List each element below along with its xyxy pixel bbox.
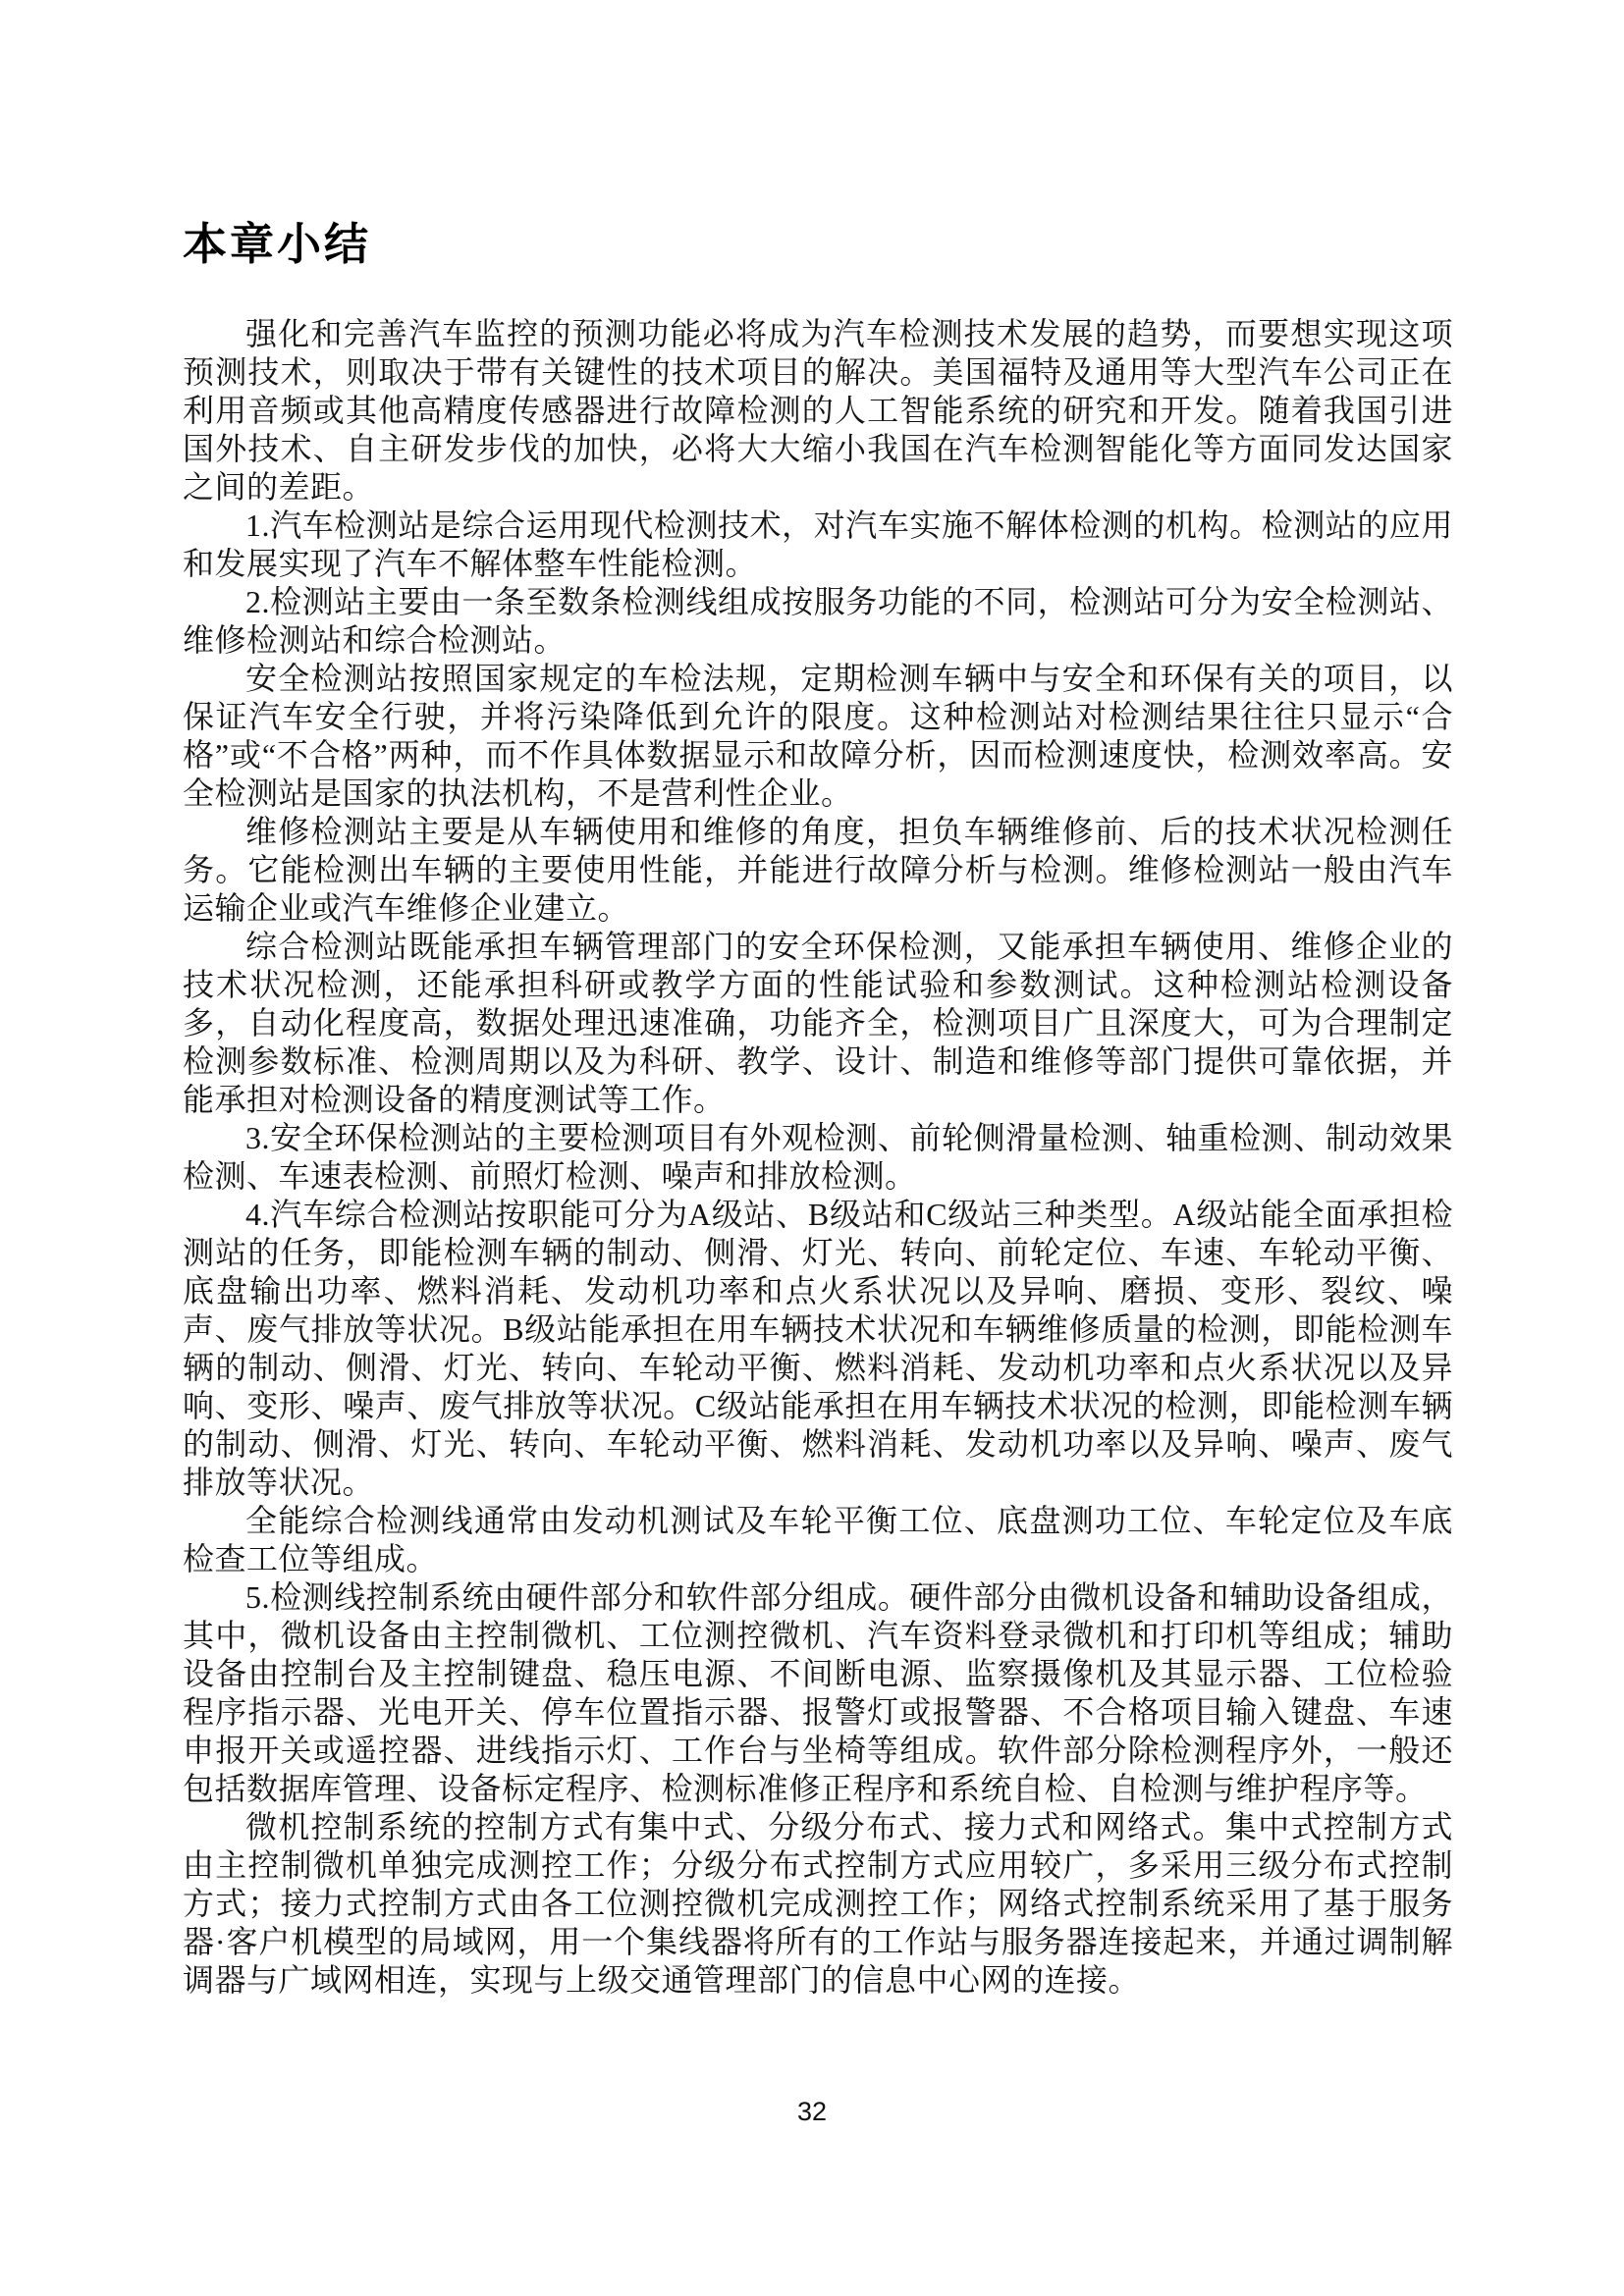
paragraph: 维修检测站主要是从车辆使用和维修的角度，担负车辆维修前、后的技术状况检测任务。它…	[183, 813, 1453, 928]
paragraph: 全能综合检测线通常由发动机测试及车轮平衡工位、底盘测功工位、车轮定位及车底检查工…	[183, 1502, 1453, 1578]
paragraph: 3.安全环保检测站的主要检测项目有外观检测、前轮侧滑量检测、轴重检测、制动效果检…	[183, 1119, 1453, 1196]
page-content: 本章小结 强化和完善汽车监控的预测功能必将成为汽车检测技术发展的趋势，而要想实现…	[183, 208, 1453, 2000]
paragraph: 微机控制系统的控制方式有集中式、分级分布式、接力式和网络式。集中式控制方式由主控…	[183, 1808, 1453, 2000]
paragraph: 4.汽车综合检测站按职能可分为A级站、B级站和C级站三种类型。A级站能全面承担检…	[183, 1196, 1453, 1502]
paragraph: 5.检测线控制系统由硬件部分和软件部分组成。硬件部分由微机设备和辅助设备组成，其…	[183, 1578, 1453, 1808]
paragraph: 2.检测站主要由一条至数条检测线组成按服务功能的不同，检测站可分为安全检测站、维…	[183, 583, 1453, 660]
paragraph: 综合检测站既能承担车辆管理部门的安全环保检测，又能承担车辆使用、维修企业的技术状…	[183, 928, 1453, 1119]
paragraph: 安全检测站按照国家规定的车检法规，定期检测车辆中与安全和环保有关的项目，以保证汽…	[183, 660, 1453, 813]
document-page: 本章小结 强化和完善汽车监控的预测功能必将成为汽车检测技术发展的趋势，而要想实现…	[0, 0, 1624, 2296]
page-title: 本章小结	[183, 208, 1453, 272]
paragraph: 强化和完善汽车监控的预测功能必将成为汽车检测技术发展的趋势，而要想实现这项预测技…	[183, 315, 1453, 507]
page-footer: 32	[0, 2097, 1624, 2127]
paragraph: 1.汽车检测站是综合运用现代检测技术，对汽车实施不解体检测的机构。检测站的应用和…	[183, 507, 1453, 583]
page-number: 32	[797, 2097, 827, 2126]
